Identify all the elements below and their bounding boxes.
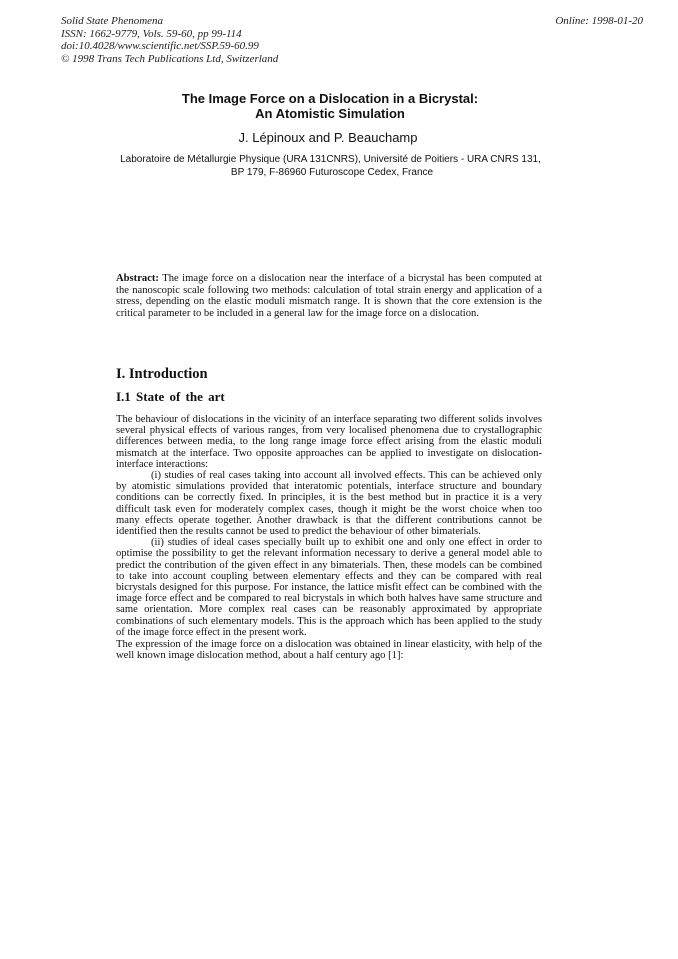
paragraph-approach-ii: (ii) studies of ideal cases specially bu… bbox=[116, 537, 542, 638]
section-heading-introduction: I. Introduction bbox=[116, 366, 208, 383]
online-date: Online: 1998-01-20 bbox=[555, 15, 643, 28]
journal-name: Solid State Phenomena bbox=[61, 15, 278, 28]
author-names: J. Lépinoux and P. Beauchamp bbox=[238, 130, 417, 145]
paragraph-approach-i: (i) studies of real cases taking into ac… bbox=[116, 470, 542, 537]
paper-title: The Image Force on a Dislocation in a Bi… bbox=[0, 91, 678, 121]
doi-line: doi:10.4028/www.scientific.net/SSP.59-60… bbox=[61, 40, 278, 53]
abstract-text: The image force on a dislocation near th… bbox=[116, 273, 542, 319]
copyright-line: © 1998 Trans Tech Publications Ltd, Swit… bbox=[61, 53, 278, 66]
publication-info: Solid State Phenomena ISSN: 1662-9779, V… bbox=[61, 15, 278, 65]
abstract-label: Abstract: bbox=[116, 273, 159, 284]
subsection-heading-state-of-art: I.1 State of the art bbox=[116, 389, 225, 405]
affiliation: Laboratoire de Métallurgie Physique (URA… bbox=[0, 154, 678, 179]
paragraph-intro: The behaviour of dislocations in the vic… bbox=[116, 414, 542, 470]
title-line-2: An Atomistic Simulation bbox=[0, 106, 678, 121]
image-force-expression-paragraph: The expression of the image force on a d… bbox=[116, 639, 542, 661]
affiliation-line-1: Laboratoire de Métallurgie Physique (URA… bbox=[0, 154, 678, 167]
authors: J. Lépinoux and P. Beauchamp bbox=[0, 130, 678, 145]
abstract: Abstract: The image force on a dislocati… bbox=[116, 273, 542, 319]
affiliation-line-2: BP 179, F-86960 Futuroscope Cedex, Franc… bbox=[0, 167, 678, 180]
title-line-1: The Image Force on a Dislocation in a Bi… bbox=[0, 91, 678, 106]
paragraph-expression: The expression of the image force on a d… bbox=[116, 639, 542, 661]
introduction-body: The behaviour of dislocations in the vic… bbox=[116, 414, 542, 638]
issn-line: ISSN: 1662-9779, Vols. 59-60, pp 99-114 bbox=[61, 28, 278, 41]
